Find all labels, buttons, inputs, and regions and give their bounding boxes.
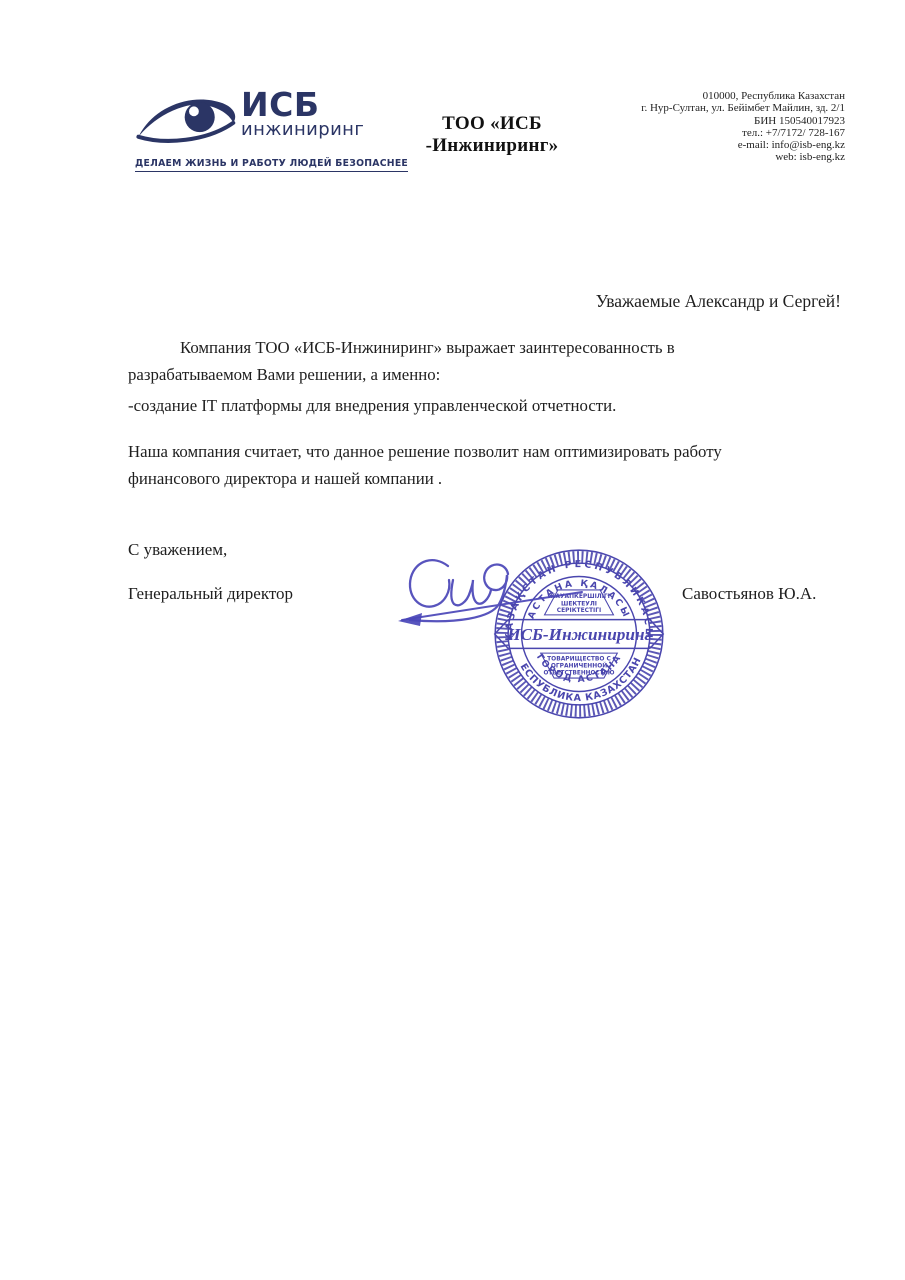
stamp-small-bottom-line: ОГРАНИЧЕННОЙ <box>551 662 607 670</box>
stamp-small-top-line: ЖАУАПКЕРШІЛІГІ <box>548 593 610 600</box>
company-stamp: ҚАЗАҚСТАН РЕСПУБЛИКАСЫ РЕСПУБЛИКА КАЗАХС… <box>488 543 670 725</box>
stamp-small-top-line: СЕРІКТЕСТІГІ <box>557 607 601 614</box>
paragraph-intro: Компания ТОО «ИСБ-Инжиниринг» выражает з… <box>128 334 746 388</box>
letter-page: ИСБ инжиниринг ДЕЛАЕМ ЖИЗНЬ И РАБОТУ ЛЮД… <box>0 0 905 1280</box>
salutation: Уважаемые Александр и Сергей! <box>441 291 841 312</box>
stamp-center-text: ИСБ-Инжиниринг <box>506 625 651 644</box>
closing-line: С уважением, <box>128 540 227 560</box>
address-line: web: isb-eng.kz <box>545 151 845 163</box>
logo-name: ИСБ <box>241 90 364 120</box>
logo-subname: инжиниринг <box>241 120 364 139</box>
address-line: тел.: +7/7172/ 728-167 <box>545 127 845 139</box>
stamp-small-bottom-line: ТОВАРИЩЕСТВО С <box>547 655 611 662</box>
company-logo: ИСБ инжиниринг ДЕЛАЕМ ЖИЗНЬ И РАБОТУ ЛЮД… <box>135 88 367 172</box>
bullet-item: -создание IT платформы для внедрения упр… <box>128 396 808 416</box>
address-line: г. Нур-Султан, ул. Бейімбет Майлин, зд. … <box>545 102 845 114</box>
paragraph-conclusion: Наша компания считает, что данное решени… <box>128 438 790 492</box>
address-line: e-mail: info@isb-eng.kz <box>545 139 845 151</box>
logo-tagline: ДЕЛАЕМ ЖИЗНЬ И РАБОТУ ЛЮДЕЙ БЕЗОПАСНЕЕ <box>135 158 408 172</box>
eye-logo-icon <box>135 88 239 152</box>
signer-name: Савостьянов Ю.А. <box>682 584 816 604</box>
stamp-small-bottom-line: ОТВЕТСТВЕННОСТЬЮ <box>543 671 614 677</box>
address-line: 010000, Республика Казахстан <box>545 90 845 102</box>
signer-title: Генеральный директор <box>128 584 293 604</box>
address-line: БИН 150540017923 <box>545 115 845 127</box>
address-block: 010000, Республика Казахстан г. Нур-Султ… <box>545 90 845 164</box>
